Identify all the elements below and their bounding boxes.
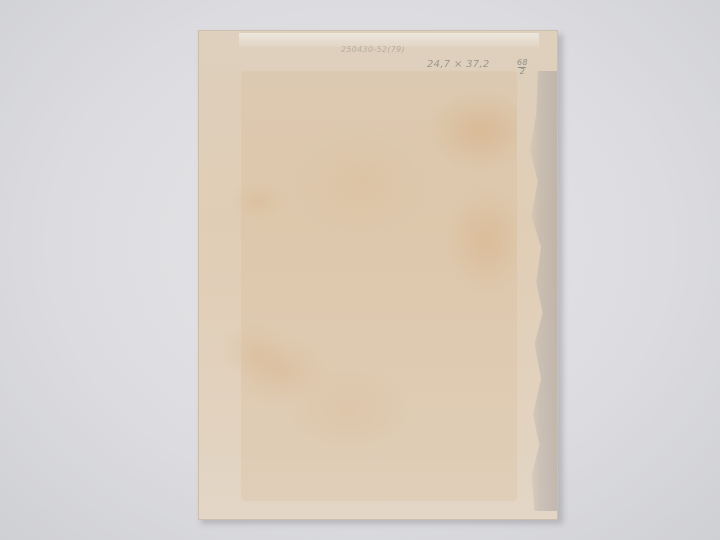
- dimensions-annotation: 24,7 × 37,2: [427, 59, 490, 70]
- fraction-annotation: 68 2: [517, 59, 528, 76]
- right-edge-water-stain: [525, 71, 557, 511]
- inventory-number-annotation: 250430-52(79): [341, 45, 405, 54]
- fraction-denominator: 2: [520, 67, 525, 76]
- paper-sheet: 250430-52(79) 24,7 × 37,2 68 2: [198, 30, 558, 520]
- foxing-stain-area: [241, 71, 517, 501]
- fraction-numerator: 68: [517, 58, 528, 67]
